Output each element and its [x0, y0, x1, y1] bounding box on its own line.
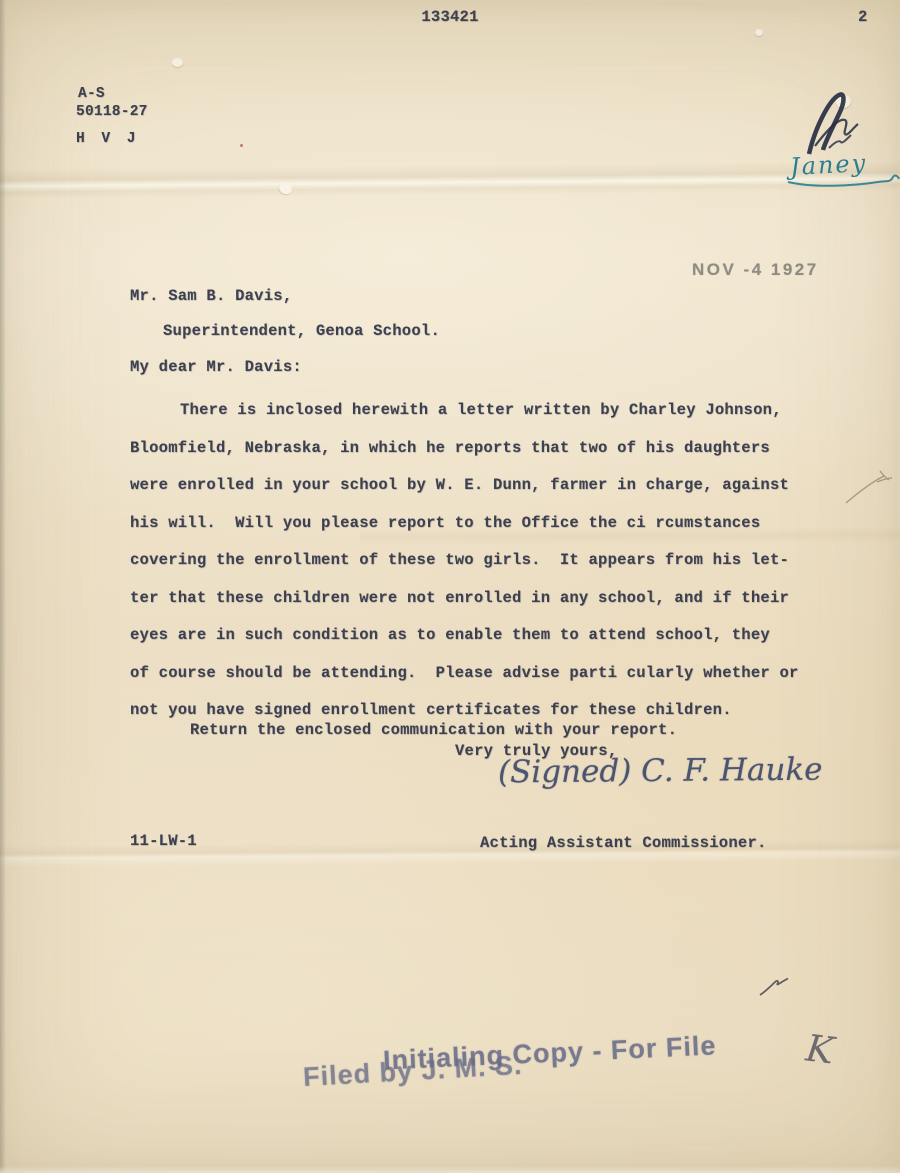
return-instruction-line: Return the enclosed communication with y… — [190, 721, 677, 739]
reference-code: 11-LW-1 — [130, 832, 197, 850]
signer-title: Acting Assistant Commissioner. — [480, 834, 767, 852]
file-code-line-2: 50118-27 — [76, 104, 148, 120]
file-code-initials: H V J — [76, 131, 140, 147]
initialing-copy-stamp: Initialing Copy - For File — [382, 1030, 717, 1076]
body-line: his will. Will you please report to the … — [130, 505, 820, 543]
recipient-name: Mr. Sam B. Davis, — [130, 287, 292, 305]
pen-check-mark — [756, 974, 798, 1000]
recipient-title: Superintendent, Genoa School. — [163, 322, 440, 340]
pencil-k-mark: K — [803, 1026, 836, 1072]
body-line: of course should be attending. Please ad… — [130, 655, 820, 693]
body-line: covering the enrollment of these two gir… — [130, 542, 820, 580]
date-received-stamp: NOV -4 1927 — [692, 260, 819, 280]
document-number: 133421 — [0, 8, 900, 26]
handwriting-flourish — [786, 172, 900, 190]
letter-body: There is inclosed herewith a letter writ… — [130, 392, 820, 730]
scan-edge-bottom — [0, 1166, 900, 1173]
scan-edge-left — [0, 0, 6, 1173]
body-line: were enrolled in your school by W. E. Du… — [130, 467, 820, 505]
pencil-margin-mark — [844, 455, 896, 515]
body-line: ter that these children were not enrolle… — [130, 580, 820, 618]
body-line: eyes are in such condition as to enable … — [130, 617, 820, 655]
salutation: My dear Mr. Davis: — [130, 358, 302, 376]
ink-fleck — [240, 144, 243, 147]
paper-speck — [755, 29, 763, 36]
body-line: There is inclosed herewith a letter writ… — [130, 392, 820, 430]
body-line: Bloomfield, Nebraska, in which he report… — [130, 430, 820, 468]
scanned-letter-page: 133421 2 A-S 50118-27 H V J Janey NOV -4… — [0, 0, 900, 1173]
signature-stamp: (Signed) C. F. Hauke — [498, 752, 823, 791]
paper-fold-crease-top — [0, 161, 900, 199]
file-code-line-1: A-S — [78, 86, 105, 102]
page-number: 2 — [858, 8, 868, 26]
paper-speck — [277, 181, 293, 196]
paper-speck — [172, 58, 183, 67]
